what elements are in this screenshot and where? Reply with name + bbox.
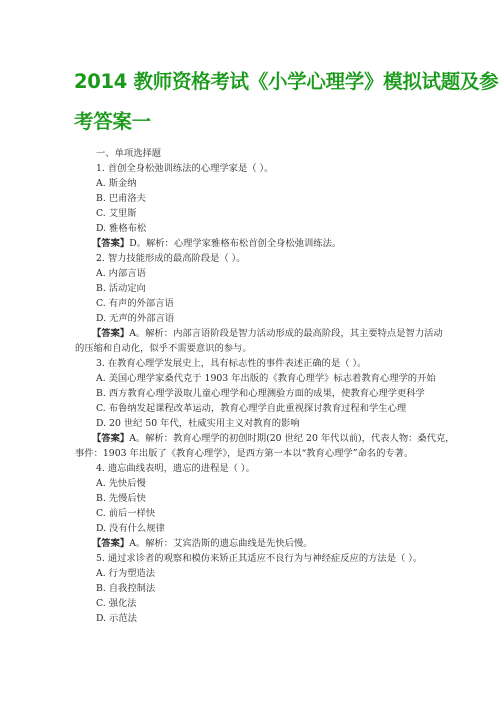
question-2-answer-cont: 的压缩和自动化，似乎不需要意识的参与。 [75,343,252,355]
question-5-option-a: A. 行为塑造法 [96,568,155,580]
question-4-option-a: A. 先快后慢 [96,478,146,490]
question-5-option-d: D. 示范法 [96,613,137,625]
question-5-option-c: C. 强化法 [96,598,137,610]
question-1-option-b: B. 巴甫洛夫 [96,193,146,205]
question-2-option-c: C. 有声的外部言语 [96,298,174,310]
question-3-option-d: D. 20 世纪 50 年代，杜威实用主义对教育的影响 [96,418,300,430]
question-1-option-d: D. 雅格布松 [96,223,146,235]
question-2-option-d: D. 无声的外部言语 [96,313,174,325]
question-3-answer: 【答案】A。解析：教育心理学的初创时期(20 世纪 20 年代以前)，代表人物：… [92,433,455,445]
section-heading: 一、单项选择题 [96,148,161,160]
answer-label: 【答案】 [92,433,129,444]
question-2-option-b: B. 活动定向 [96,283,146,295]
answer-label: 【答案】 [92,328,129,339]
question-3-option-a: A. 美国心理学家桑代克于 1903 年出版的《教育心理学》标志着教育心理学的开… [96,373,436,385]
answer-text: A。解析：内部言语阶段是智力活动形成的最高阶段，其主要特点是智力活动 [129,328,443,339]
answer-label: 【答案】 [92,538,129,549]
question-5-option-b: B. 自我控制法 [96,583,155,595]
question-2-answer: 【答案】A。解析：内部言语阶段是智力活动形成的最高阶段，其主要特点是智力活动 [92,328,443,340]
answer-text: A。解析：教育心理学的初创时期(20 世纪 20 年代以前)，代表人物：桑代克， [129,433,454,444]
document-title-line1: 2014 教师资格考试《小学心理学》模拟试题及参 [74,70,454,94]
question-3-option-b: B. 西方教育心理学汲取儿童心理学和心理测验方面的成果，使教育心理学更科学 [96,388,425,400]
question-2-option-a: A. 内部言语 [96,268,146,280]
question-3-answer-cont: 事件：1903 年出版了《教育心理学》，是西方第一本以“教育心理学”命名的专著。 [75,448,413,460]
answer-label: 【答案】 [92,238,129,249]
question-1-answer: 【答案】D。解析：心理学家雅格布松首创全身松弛训练法。 [92,238,341,250]
question-3-stem: 3. 在教育心理学发展史上，具有标志性的事件表述正确的是（ ）。 [96,358,366,370]
question-4-stem: 4. 遗忘曲线表明，遗忘的进程是（ ）。 [96,463,255,475]
question-5-stem: 5. 通过求诊者的观察和模仿来矫正其适应不良行为与神经症反应的方法是（ ）。 [96,553,422,565]
question-4-option-b: B. 先慢后快 [96,493,146,505]
answer-text: A。解析：艾宾浩斯的遗忘曲线是先快后慢。 [129,538,312,549]
document-title-line2: 考答案一 [74,110,454,134]
question-2-stem: 2. 智力技能形成的最高阶段是（ ）。 [96,253,246,265]
question-4-option-c: C. 前后一样快 [96,508,155,520]
question-1-stem: 1. 首创全身松弛训练法的心理学家是（ ）。 [96,163,273,175]
question-4-answer: 【答案】A。解析：艾宾浩斯的遗忘曲线是先快后慢。 [92,538,313,550]
answer-text: D。解析：心理学家雅格布松首创全身松弛训练法。 [129,238,341,249]
question-1-option-c: C. 艾里斯 [96,208,137,220]
question-3-option-c: C. 布鲁纳发起课程改革运动，教育心理学自此重视探讨教育过程和学生心理 [96,403,406,415]
question-4-option-d: D. 没有什么规律 [96,523,165,535]
document-page: 2014 教师资格考试《小学心理学》模拟试题及参 考答案一 一、单项选择题 1.… [0,0,500,708]
question-1-option-a: A. 斯金纳 [96,178,137,190]
